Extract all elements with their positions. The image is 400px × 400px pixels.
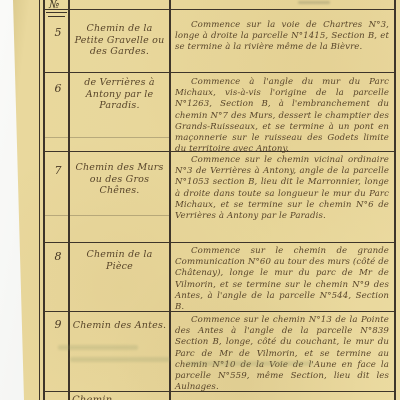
bleed-through-mark [298, 1, 330, 4]
faint-ruled-line-2 [43, 215, 169, 216]
table-left-border-inner [43, 0, 45, 400]
road-description: Commence sur le chemin N°13 de la Pointe… [175, 315, 389, 393]
table-right-border [394, 0, 396, 400]
road-description: Commence à l'angle du mur du Parc Michau… [175, 77, 389, 155]
road-description: Commence sur le chemin de grande Communi… [175, 246, 389, 313]
road-name: Chemin de la Pièce [72, 249, 167, 272]
road-name: Chemin des Murs ou des Gros Chênes. [72, 162, 167, 197]
row-number: 9 [46, 318, 70, 331]
road-description: Commence sur la voie de Chartres N°3, lo… [175, 20, 389, 54]
number-column-divider [68, 0, 70, 400]
row-number: 8 [46, 250, 70, 263]
row-separator-7-8 [43, 242, 394, 243]
row-separator-5-6 [43, 72, 394, 73]
road-name: Chemin de la Petite Gravelle ou des Gard… [72, 23, 167, 58]
row-number: 6 [46, 82, 70, 95]
no-symbol-underline-1 [46, 12, 67, 13]
header-separator-line [43, 9, 394, 10]
bleed-through-mark [185, 361, 313, 366]
number-column-header: № [49, 0, 59, 11]
paper-sheet: № 5 Chemin de la Petite Gravelle ou des … [0, 0, 400, 400]
name-column-divider [169, 0, 171, 400]
road-name: Chemin des Antes. [72, 320, 167, 332]
road-description: Commence sur le chemin vicinal ordinaire… [175, 155, 389, 222]
row-number: 5 [46, 26, 70, 39]
scanned-register-page: № 5 Chemin de la Petite Gravelle ou des … [0, 0, 400, 400]
no-symbol-underline-2 [48, 16, 65, 17]
faint-ruled-line-1 [43, 137, 169, 138]
bleed-through-mark [58, 345, 138, 350]
row-number: 7 [46, 164, 70, 177]
table-left-border-outer [39, 0, 41, 400]
road-name: de Verrières à Antony par le Paradis. [72, 77, 167, 112]
bleed-through-mark [70, 357, 170, 362]
partial-next-road-name: Chemin [72, 395, 167, 400]
